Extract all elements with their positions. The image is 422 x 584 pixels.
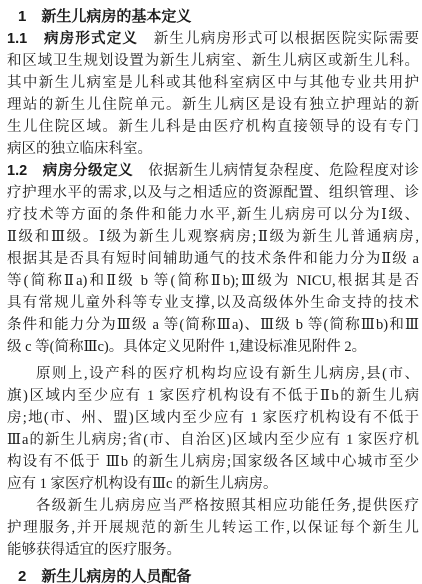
line-text: 具有常规儿童外科等专业支撑,以及高级体外生命支持的技术: [7, 295, 419, 311]
body-line: Ⅲa的新生儿病房;省(市、自治区)区域内至少应有 1 家医疗机: [7, 429, 419, 451]
body-line: 根据其是否具有短时间辅助通气的技术条件和能力分为Ⅱ级 a: [7, 248, 419, 270]
body-line: 病区的独立临床科室。: [7, 138, 419, 160]
body-line: 理站的新生儿住院单元。新生儿病区是设有独立护理站的新: [7, 94, 419, 116]
body-line: 级 c 等(简称Ⅲc)。具体定义见附件 1,建设标准见附件 2。: [7, 336, 419, 358]
line-text: Ⅱ级和Ⅲ级。Ⅰ级为新生儿观察病房;Ⅱ级为新生儿普通病房,: [7, 229, 419, 245]
line-text: 原则上,设产科的医疗机构均应设有新生儿病房,县(市、: [36, 366, 419, 382]
section-2-heading: 2 新生儿病房的人员配备: [7, 566, 419, 584]
clause-1-1-label: 1.1 病房形式定义: [7, 31, 138, 47]
document-page: 1 新生儿病房的基本定义 1.1 病房形式定义 新生儿病房形式可以根据医院实际需…: [0, 0, 422, 584]
line-text: 理站的新生儿住院单元。新生儿病区是设有独立护理站的新: [7, 97, 419, 113]
line-text: 新生儿病房形式可以根据医院实际需要: [138, 31, 419, 47]
body-line: 护理服务,并开展规范的新生儿转运工作,以保证每个新生儿: [7, 517, 419, 539]
body-line: Ⅱ级和Ⅲ级。Ⅰ级为新生儿观察病房;Ⅱ级为新生儿普通病房,: [7, 226, 419, 248]
line-text: 生儿住院区域。新生儿科是由医疗机构直接领导的设有专门: [7, 119, 419, 135]
line-text: 护理服务,并开展规范的新生儿转运工作,以保证每个新生儿: [7, 520, 419, 536]
body-line: 1.1 病房形式定义 新生儿病房形式可以根据医院实际需要: [7, 28, 419, 50]
line-text: 和区域卫生规划设置为新生儿病室、新生儿病区或新生儿科。: [7, 53, 419, 69]
line-text: 依据新生儿病情复杂程度、危险程度对诊: [133, 163, 419, 179]
section-number-label: 2 新生儿病房的人员配备: [18, 568, 191, 584]
clause-1-2-label: 1.2 病房分级定义: [7, 163, 133, 179]
section-number-label: 1 新生儿病房的基本定义: [18, 8, 191, 25]
line-text: 其中新生儿病室是儿科或其他科室病区中与其他专业共用护: [7, 75, 419, 91]
line-text: 根据其是否具有短时间辅助通气的技术条件和能力分为Ⅱ级 a: [7, 251, 419, 267]
body-line: 生儿住院区域。新生儿科是由医疗机构直接领导的设有专门: [7, 116, 419, 138]
line-text: 疗技术等方面的条件和能力水平,新生儿病房可以分为Ⅰ级、: [7, 207, 419, 223]
body-line: 具有常规儿童外科等专业支撑,以及高级体外生命支持的技术: [7, 292, 419, 314]
paragraph-start-line: 原则上,设产科的医疗机构均应设有新生儿病房,县(市、: [7, 363, 419, 385]
line-text: 房;地(市、州、盟)区域内至少应有 1 家医疗机构设有不低于: [7, 410, 419, 426]
line-text: 等(简称Ⅱa)和Ⅱ级 b 等(简称Ⅱb);Ⅲ级为 NICU,根据其是否: [7, 273, 419, 289]
line-text: 疗护理水平的需求,以及与之相适应的资源配置、组织管理、诊: [7, 185, 419, 201]
body-line: 疗护理水平的需求,以及与之相适应的资源配置、组织管理、诊: [7, 182, 419, 204]
body-line: 等(简称Ⅱa)和Ⅱ级 b 等(简称Ⅱb);Ⅲ级为 NICU,根据其是否: [7, 270, 419, 292]
body-line: 能够获得适宜的医疗服务。: [7, 539, 419, 561]
body-line: 应有 1 家医疗机构设有Ⅲc 的新生儿病房。: [7, 473, 419, 495]
line-text: 应有 1 家医疗机构设有Ⅲc 的新生儿病房。: [7, 476, 278, 492]
line-text: 各级新生儿病房应当严格按照其相应功能任务,提供医疗: [36, 498, 419, 514]
line-text: Ⅲa的新生儿病房;省(市、自治区)区域内至少应有 1 家医疗机: [7, 432, 419, 448]
line-text: 构设有不低于 Ⅲb 的新生儿病房;国家级各区域中心城市至少: [7, 454, 419, 470]
body-line: 和区域卫生规划设置为新生儿病室、新生儿病区或新生儿科。: [7, 50, 419, 72]
body-line: 疗技术等方面的条件和能力水平,新生儿病房可以分为Ⅰ级、: [7, 204, 419, 226]
body-line: 条件和能力分为Ⅲ级 a 等(简称Ⅲa)、Ⅲ级 b 等(简称Ⅲb)和Ⅲ: [7, 314, 419, 336]
body-line: 旗)区域内至少应有 1 家医疗机构设有不低于Ⅱb的新生儿病: [7, 385, 419, 407]
line-text: 条件和能力分为Ⅲ级 a 等(简称Ⅲa)、Ⅲ级 b 等(简称Ⅲb)和Ⅲ: [7, 317, 419, 333]
line-text: 旗)区域内至少应有 1 家医疗机构设有不低于Ⅱb的新生儿病: [7, 388, 419, 404]
paragraph-start-line: 各级新生儿病房应当严格按照其相应功能任务,提供医疗: [7, 495, 419, 517]
line-text: 能够获得适宜的医疗服务。: [7, 542, 181, 558]
body-line: 1.2 病房分级定义 依据新生儿病情复杂程度、危险程度对诊: [7, 160, 419, 182]
body-line: 房;地(市、州、盟)区域内至少应有 1 家医疗机构设有不低于: [7, 407, 419, 429]
body-line: 构设有不低于 Ⅲb 的新生儿病房;国家级各区域中心城市至少: [7, 451, 419, 473]
body-line: 其中新生儿病室是儿科或其他科室病区中与其他专业共用护: [7, 72, 419, 94]
section-1-heading: 1 新生儿病房的基本定义: [7, 6, 419, 28]
line-text: 级 c 等(简称Ⅲc)。具体定义见附件 1,建设标准见附件 2。: [7, 339, 366, 355]
line-text: 病区的独立临床科室。: [7, 141, 152, 157]
